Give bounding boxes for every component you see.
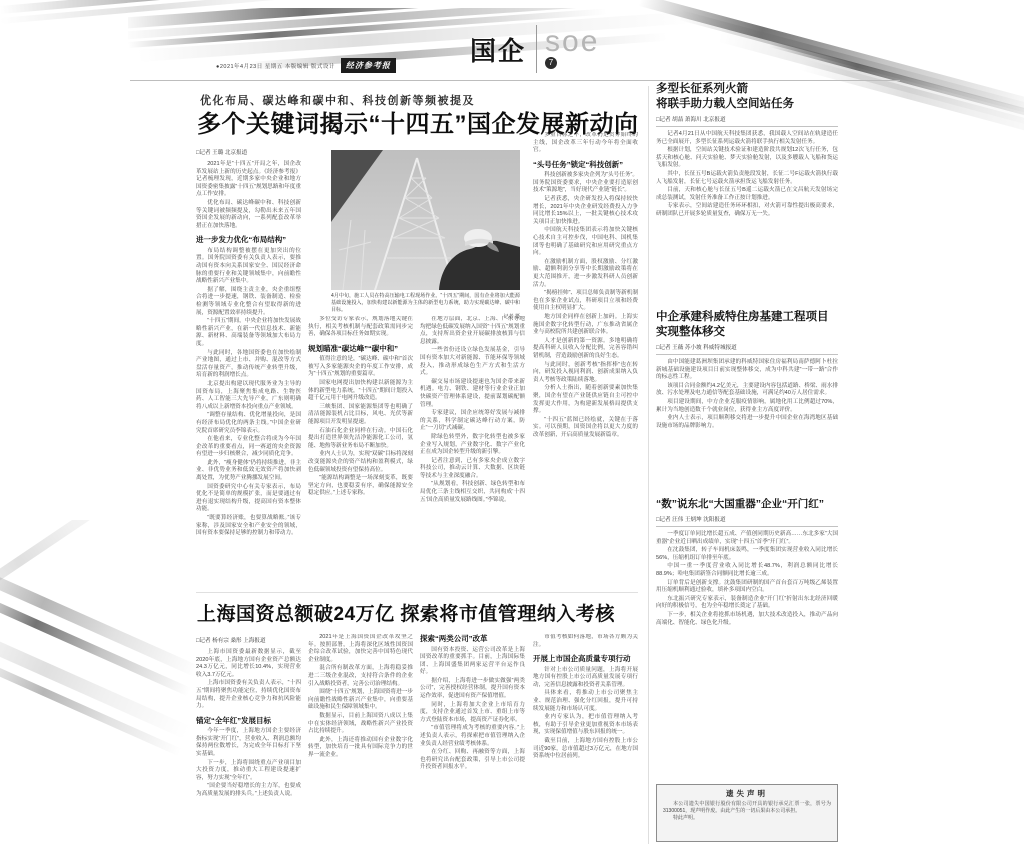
lead-col1-body: 布局结构调整被摆在更加突出的位置。国务院国资委有关负责人表示，要推动国有资本向关…	[196, 248, 301, 538]
dateline: ●2021年4月23日 星期五 本版编辑 版式设计 经济参考报	[216, 58, 396, 73]
paragraph: 围绕“十四五”规划，上海国资将进一步向前瞻性战略性新兴产业集中，向重要基础设施和…	[308, 689, 413, 712]
second-byline: □记者 杨有宗 桑彤 上海报道	[196, 636, 301, 644]
lead-byline: □记者 王璐 北京报道	[196, 148, 301, 156]
section-label-en-wrap: soe 7	[545, 29, 599, 69]
paragraph: 记者获悉，央企研发投入将保持较快增长，2021年中央企业研发经费投入力争同比增长…	[533, 196, 638, 226]
paragraph: 一季度订单同比增长超五成、产值创同期历史新高……东北多家“大国重器”企业近日晒出…	[656, 531, 838, 546]
second-col-2: 2021年是上海国资国企改革攻坚之年。按照部署，上海将深化区域性国资国企综合改革…	[308, 634, 413, 845]
lead-col-4: 多重目标之下，改革仍是贯穿始终的主线，国企改革三年行动今年将全面收官。 “头号任…	[533, 132, 638, 592]
paragraph: 多位受访专家表示，规划落地关键在执行，相关考核机制与配套政策需同步完善，确保各项…	[308, 316, 413, 339]
paragraph: 在他看来，专业化整合将成为今年国企改革的重要看点，同一赛道的央企资源有望进一步归…	[196, 436, 301, 459]
second-col3-body: 国有资本投资、运营公司改革是上海国资改革的重要抓手。目前，上海国际集团、上海国盛…	[420, 647, 525, 773]
paragraph: 中国航天科技集团表示将加快关键核心技术自主可控步伐，中国电科、国机集团等也明确了…	[533, 227, 638, 257]
right-article-1-body: 记者4月21日从中国航天科技集团获悉，我国载人空间站在轨建造任务已全面展开，多型…	[656, 131, 838, 219]
paragraph: 该项目合同金额约4.2亿美元，主要建设内容包括道路、桥梁、雨水排放、污水处理及电…	[656, 383, 838, 398]
section-tag: 国企 soe 7	[470, 22, 599, 76]
second-col4-intro: 市值考核如何落地，市场各方颇为关注。	[533, 634, 638, 649]
paragraph: 其中，长征五号B运载火箭负责舱段发射，长征二号F运载火箭执行载人飞船发射，长征七…	[656, 171, 838, 186]
paragraph: 国有资本投资、运营公司改革是上海国资改革的重要抓手。目前，上海国际集团、上海国盛…	[420, 647, 525, 677]
paragraph: 业内专家认为，把市值管理纳入考核，有助于引导企业更加重视资本市场表现，实现保值增…	[533, 714, 638, 737]
right-article-1-headline-line2: 将联手助力载人空间站任务	[656, 97, 838, 112]
paragraph: 截至目前，上海地方国有控股上市公司近90家，总市值超过3万亿元，在地方国资系统中…	[533, 738, 638, 761]
paragraph: 由中国能建葛洲坝集团承建的科威特国家住房福利局南萨德阿卜杜拉新城基础设施建设项目…	[656, 359, 838, 382]
section-label: 国企	[470, 31, 526, 68]
paragraph: 优化布局、碳达峰碳中和、科技创新等关键词被频频提及，勾勒出未来五年国资国企发展的…	[196, 200, 301, 230]
paragraph: 下一步，上海将围绕重点产业项目加大投资力度，推动重大工程建设提速扩容，努力实现“…	[196, 760, 301, 783]
paragraph: 除绿色转型外，数字化转型也被多家企业写入规划，产业数字化、数字产业化正在成为国企…	[420, 434, 525, 457]
paragraph: 据介绍，上海将进一步做实做强“两类公司”，完善授权经营体制，提升国有资本运作效率…	[420, 678, 525, 701]
paragraph: 专家建议，国企应统筹好发展与减排的关系，科学制定碳达峰行动方案，防止“一刀切”式…	[420, 410, 525, 433]
paragraph: “从规划看，科技创新、绿色转型和布局优化三条主线相互交织，共同构成‘十四五’国企…	[420, 481, 525, 504]
paragraph: 今年一季度，上海地方国企主要经济指标实现“开门红”，营业收入、利润总额均保持两位…	[196, 728, 301, 758]
masthead-logo: 经济参考报	[341, 58, 396, 73]
paragraph: 人才是创新的第一资源。多地明确将提高科研人员收入分配比例，完善容错纠错机制，营造…	[533, 338, 638, 361]
second-col-3: 探索“两类公司”改革 国有资本投资、运营公司改革是上海国资改革的重要抓手。目前，…	[420, 634, 525, 845]
lost-notice-box: 遗失声明 本公司遗失中国银行股份有限公司开具的银行承兑汇票一张，票号为31300…	[656, 784, 838, 842]
paragraph: 混合所有制改革方面，上海将稳妥推进二三级企业混改，支持符合条件的企业引入战略投资…	[308, 665, 413, 688]
lead-col-2: 多位受访专家表示，规划落地关键在执行，相关考核机制与配套政策需同步完善，确保各项…	[308, 316, 413, 592]
right-article-3-headline: “数”说东北“大国重器”企业“开门红”	[656, 498, 838, 511]
paragraph: 项目建设期间，中方企业克服疫情影响，属地化用工比例超过70%，累计为当地创造数千…	[656, 399, 838, 414]
paragraph: 多重目标之下，改革仍是贯穿始终的主线，国企改革三年行动今年将全面收官。	[533, 132, 638, 155]
paragraph: 针对上市公司质量问题，上海将开展地方国有控股上市公司高质量发展专项行动，完善信息…	[533, 667, 638, 690]
paragraph: “十四五”蓝图已经绘就，关键在于落实。可以预期，国资国企将以更大力度的改革创新，…	[533, 417, 638, 440]
paragraph: 布局结构调整被摆在更加突出的位置。国务院国资委有关负责人表示，要推动国有资本向关…	[196, 248, 301, 286]
paragraph: 在分红、回购、再融资等方面，上海也将研究出台配套政策，引导上市公司提升投资者回报…	[420, 749, 525, 772]
paragraph: 业内人士表示，项目顺利移交将进一步提升中国企业在海湾地区基础设施市场的品牌影响力…	[656, 415, 838, 430]
second-col1-body: 今年一季度，上海地方国企主要经济指标实现“开门红”，营业收入、利润总额均保持两位…	[196, 728, 301, 798]
second-col1-subhead: 锚定“全年红”发展目标	[196, 716, 301, 726]
section-label-en: soe	[545, 29, 599, 55]
right-article-2-headline-line1: 中企承建科威特住房基建工程项目	[656, 310, 838, 325]
lead-col4-body: 科技创新被多家央企列为“头号任务”。国务院国资委要求，中央企业要打造原创技术“策…	[533, 172, 638, 439]
paragraph: 国资委研究中心有关专家表示，布局优化不是简单的规模扩张，而是要通过有进有退实现结…	[196, 484, 301, 514]
right-article-kuwait: 中企承建科威特住房基建工程项目 实现整体移交 □记者 王薇 苏小坡 科威特城报道…	[656, 310, 838, 492]
paragraph: “既要算经济账，也要算战略账。”该专家称，涉及国家安全和产业安全的领域，国有资本…	[196, 515, 301, 538]
paragraph: 2021年是上海国资国企改革攻坚之年。按照部署，上海将深化区域性国资国企综合改革…	[308, 634, 413, 664]
paragraph: 具体来看，将推动上市公司聚焦主业、规范治理、强化分红回报，提升可持续发展能力和市…	[533, 690, 638, 713]
paragraph: 数据显示，目前上海国资八成以上集中在实体经济领域，战略性新兴产业投资占比持续提升…	[308, 713, 413, 736]
notice-body: 本公司遗失中国银行股份有限公司开具的银行承兑汇票一张，票号为31300051，现…	[663, 801, 831, 822]
right-article-2-byline: □记者 王薇 苏小坡 科威特城报道	[656, 343, 838, 355]
right-article-rockets: 多型长征系列火箭 将联手助力载人空间站任务 □记者 胡喆 萧海川 北京报道 记者…	[656, 82, 838, 304]
lead-col4-intro: 多重目标之下，改革仍是贯穿始终的主线，国企改革三年行动今年将全面收官。	[533, 132, 638, 155]
paragraph: 与此同时，各地国资委也在加快绘制产业地图，通过上市、并购、混改等方式盘活存量资产…	[196, 350, 301, 380]
lead-col4-subhead: “头号任务”锁定“科技创新”	[533, 160, 638, 170]
paragraph: 本公司遗失中国银行股份有限公司开具的银行承兑汇票一张，票号为31300051，现…	[663, 801, 831, 814]
paragraph: 石油石化企业同样在行动。中国石化提出打造世界领先洁净能源化工公司，氢能、地热等新…	[308, 428, 413, 451]
lead-col2-body: 值得注意的是，“碳达峰、碳中和”首次被写入多家能源央企的年度工作安排，成为“十四…	[308, 356, 413, 498]
paragraph: 东北振兴研究专家表示，装备制造企业“开门红”折射出东北经济回暖向好的积极信号，也…	[656, 596, 838, 611]
paragraph: 根据计划，空间站关键技术验证和建造阶段共规划12次飞行任务，包括天和核心舱、问天…	[656, 147, 838, 170]
page-number-badge: 7	[545, 57, 557, 69]
lead-col2-intro: 多位受访专家表示，规划落地关键在执行，相关考核机制与配套政策需同步完善，确保各项…	[308, 316, 413, 339]
paragraph: “市值管理将成为考核的重要内容。”上述负责人表示，将探索把市值管理纳入企业负责人…	[420, 725, 525, 748]
paragraph: “国企要当好稳增长的主力军，也要成为高质量发展的排头兵。”上述负责人说。	[196, 783, 301, 798]
paragraph: “调整存量结构、优化增量投向，是国有经济布局优化的两条主线。”中国企业研究院首席…	[196, 412, 301, 435]
right-article-1-headline-line1: 多型长征系列火箭	[656, 82, 838, 97]
paragraph: 订单背后是创新支撑。沈鼓集团研制的国产首台套百万吨级乙烯装置用压缩机顺利通过验收…	[656, 580, 838, 595]
paragraph: 下一步，相关企业将抢抓市场机遇，加大技术改造投入，推动产品向高端化、智能化、绿色…	[656, 612, 838, 627]
right-article-3-body: 一季度订单同比增长超五成、产值创同期历史新高……东北多家“大国重器”企业近日晒出…	[656, 531, 838, 627]
paragraph: 上海市国资委最新数据显示，截至2020年底，上海地方国有企业资产总额达24.3万…	[196, 649, 301, 679]
page-content: 国企 soe 7 ●2021年4月23日 星期五 本版编辑 版式设计 经济参考报…	[0, 0, 1024, 852]
paragraph: “能源结构调整是一场深刻变革，既要坚定方向，也要稳妥有序，确保能源安全稳定供应。…	[308, 475, 413, 498]
paragraph: 业内人士认为，实现“双碳”目标将深刻改变能源央企的资产结构和盈利模式，绿色低碳领…	[308, 451, 413, 474]
paragraph: 2021年是“十四五”开局之年，国企改革发展站上新的历史起点。《经济参考报》记者…	[196, 161, 301, 199]
second-col4-subhead: 开展上市国企高质量专项行动	[533, 654, 638, 664]
lead-col1-intro: 2021年是“十四五”开局之年，国企改革发展站上新的历史起点。《经济参考报》记者…	[196, 161, 301, 230]
paragraph: 三峡集团、国家能源集团等也明确了清洁能源装机占比目标，风电、光伏等新能源项目开发…	[308, 404, 413, 427]
mid-rule	[196, 592, 638, 593]
paragraph: 在激励机制方面，股权激励、分红激励、超额利润分享等中长期激励政策将在更大范围推开…	[533, 259, 638, 289]
paragraph: “十四五”期间，中央企业将加快发展战略性新兴产业，在新一代信息技术、新能源、新材…	[196, 318, 301, 348]
second-col4-body: 针对上市公司质量问题，上海将开展地方国有控股上市公司高质量发展专项行动，完善信息…	[533, 667, 638, 761]
paragraph: 碳交易市场建设提速也为国企带来新机遇。电力、钢铁、建材等行业企业正加快碳资产管理…	[420, 379, 525, 409]
second-col3-subhead: 探索“两类公司”改革	[420, 634, 525, 644]
paragraph: 在地方层面，北京、上海、广东等地均把绿色低碳发展纳入国资“十四五”规划重点，支持…	[420, 316, 525, 346]
right-article-northeast: “数”说东北“大国重器”企业“开门红” □记者 汪伟 王炳坤 沈阳报道 一季度订…	[656, 498, 838, 778]
paragraph: 特此声明。	[663, 815, 831, 822]
lead-col-1: □记者 王璐 北京报道 2021年是“十四五”开局之年，国企改革发展站上新的历史…	[196, 146, 301, 592]
right-article-1-byline: □记者 胡喆 萧海川 北京报道	[656, 115, 838, 127]
paragraph: 一些省份还设立绿色发展基金，引导国有资本加大对新能源、节能环保等领域投入，推动形…	[420, 347, 525, 377]
lead-col1-subhead: 进一步发力优化“布局结构”	[196, 235, 301, 245]
paragraph: 记者4月21日从中国航天科技集团获悉，我国载人空间站在轨建造任务已全面展开，多型…	[656, 131, 838, 146]
second-col-4: 市值考核如何落地，市场各方颇为关注。 开展上市国企高质量专项行动 针对上市公司质…	[533, 634, 638, 845]
second-col-1: □记者 杨有宗 桑彤 上海报道 上海市国资委最新数据显示，截至2020年底，上海…	[196, 634, 301, 845]
paragraph: 据了解，围绕主责主业，央企重组整合将进一步提速，钢铁、装备制造、检验检测等领域专…	[196, 287, 301, 317]
lead-col3-body: 在地方层面，北京、上海、广东等地均把绿色低碳发展纳入国资“十四五”规划重点，支持…	[420, 316, 525, 504]
paragraph: 北京提出构建以现代服务业为主导的国资布局，上海聚焦集成电路、生物医药、人工智能三…	[196, 381, 301, 411]
lead-col-3: 在地方层面，北京、上海、广东等地均把绿色低碳发展纳入国资“十四五”规划重点，支持…	[420, 316, 525, 592]
paragraph: 在沈鼓集团，转子车间机床轰鸣，一季度集团实现营业收入同比增长56%，压缩机组订单…	[656, 547, 838, 562]
column-rule	[648, 86, 649, 844]
article-photo	[331, 150, 520, 295]
lead-col2-subhead: 规划瞄准“碳达峰”“碳中和”	[308, 344, 413, 354]
paragraph: 专家表示，空间站建造任务环环相扣，对火箭可靠性提出极高要求，研制团队已开展多轮质…	[656, 203, 838, 218]
paragraph: 此外，上海还将推动国有企业数字化转型，加快培育一批具有国际竞争力的世界一流企业。	[308, 737, 413, 760]
second-col2-body: 2021年是上海国资国企改革攻坚之年。按照部署，上海将深化区域性国资国企综合改革…	[308, 634, 413, 760]
paragraph: 地方国企同样在创新上加码。上海实施国企数字化转型行动，广东推动省属企业与高校院所…	[533, 314, 638, 337]
right-article-2-body: 由中国能建葛洲坝集团承建的科威特国家住房福利局南萨德阿卜杜拉新城基础设施建设项目…	[656, 359, 838, 430]
second-col1-intro: 上海市国资委最新数据显示，截至2020年底，上海地方国有企业资产总额达24.3万…	[196, 649, 301, 711]
second-headline: 上海国资总额破24万亿 探索将市值管理纳入考核	[197, 599, 615, 626]
right-article-3-byline: □记者 汪伟 王炳坤 沈阳报道	[656, 515, 838, 527]
newspaper-page: 国企 soe 7 ●2021年4月23日 星期五 本版编辑 版式设计 经济参考报…	[0, 0, 1024, 852]
notice-title: 遗失声明	[663, 788, 831, 799]
paragraph: 科技创新被多家央企列为“头号任务”。国务院国资委要求，中央企业要打造原创技术“策…	[533, 172, 638, 195]
paragraph: 上海市国资委有关负责人表示，“十四五”期间将聚焦功能定位，持续优化国资布局结构，…	[196, 680, 301, 710]
photo-illustration	[331, 150, 520, 290]
header-rule	[130, 80, 900, 81]
paragraph: 同时，上海将加大企业上市培育力度，支持企业通过首发上市、重组上市等方式登陆资本市…	[420, 702, 525, 725]
paragraph: “揭榜挂帅”、项目总师负责制等新机制也在多家企业试点，科研项目立项和经费使用自主…	[533, 290, 638, 313]
paragraph: 分析人士指出，随着创新要素加快集聚，国企有望在产业链供应链自主可控中发挥更大作用…	[533, 385, 638, 415]
photo-caption-text: 4月中旬，施工人员在特高压输电工程现场作业。“十四五”期间，国有企业将加大能源基…	[331, 293, 520, 313]
section-divider	[536, 25, 537, 73]
paragraph: 国家电网提出加快构建以新能源为主体的新型电力系统，“十四五”期间计划投入超千亿元…	[308, 380, 413, 403]
paragraph: 市值考核如何落地，市场各方颇为关注。	[533, 634, 638, 649]
paragraph: 此外，“瘦身健体”仍将持续推进，非主业、非优势业务和低效无效资产将加快剥离处置，…	[196, 460, 301, 483]
right-article-2-headline-line2: 实现整体移交	[656, 325, 838, 340]
paragraph: 中国一重一季度营业收入同比增长48.7%，利润总额同比增长88.9%；哈电集团新…	[656, 563, 838, 578]
paragraph: 与此同时，创新考核“指挥棒”也在转向，研发投入视同利润、创新成果纳入负责人考核等…	[533, 362, 638, 385]
paragraph: 值得注意的是，“碳达峰、碳中和”首次被写入多家能源央企的年度工作安排，成为“十四…	[308, 356, 413, 379]
paragraph: 目前，天和核心舱与长征五号B遥二运载火箭已在文昌航天发射场完成总装测试，发射任务…	[656, 187, 838, 202]
paragraph: 记者注意到，已有多家央企成立数字科技公司，推动云计算、大数据、区块链等技术与主业…	[420, 458, 525, 481]
dateline-text: ●2021年4月23日 星期五 本版编辑 版式设计	[216, 62, 335, 70]
